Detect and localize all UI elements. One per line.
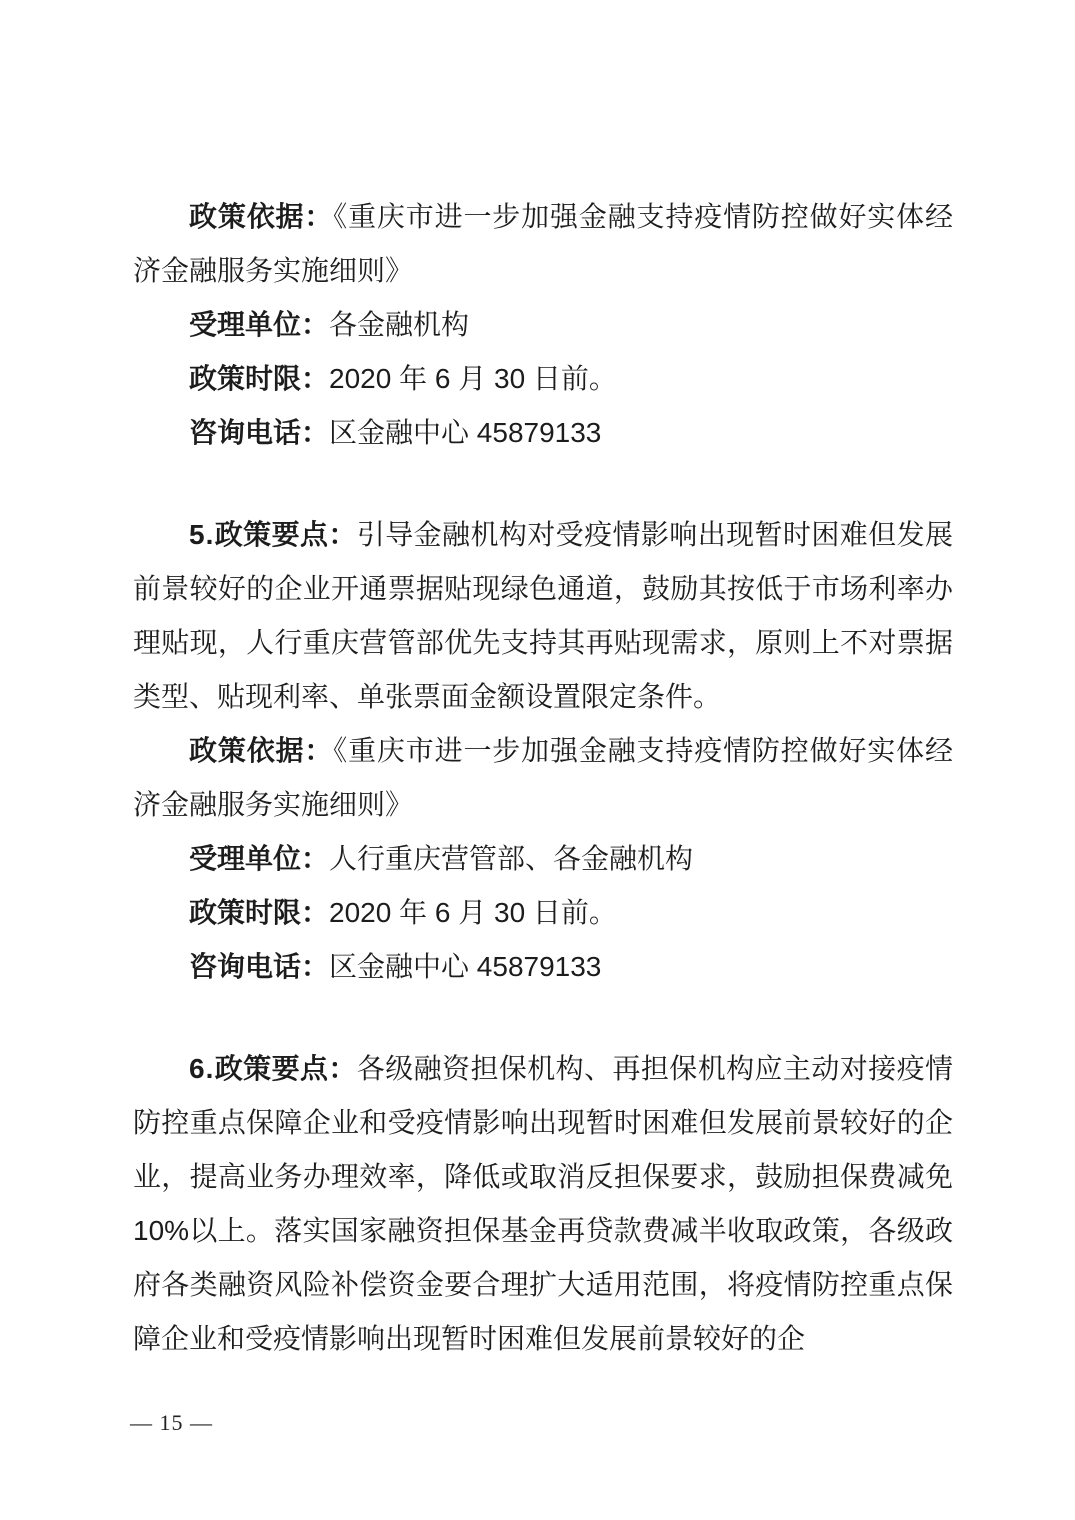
policy-basis-label: 政策依据：: [189, 735, 333, 766]
policy-deadline-text: 2020 年 6 月 30 日前。: [329, 897, 617, 928]
policy-point-5-paragraph: 5.政策要点：引导金融机构对受疫情影响出现暂时困难但发展前景较好的企业开通票据贴…: [133, 508, 953, 724]
document-page: 政策依据：《重庆市进一步加强金融支持疫情防控做好实体经济金融服务实施细则》 受理…: [0, 0, 1075, 1520]
page-number: — 15 —: [130, 1410, 213, 1435]
policy-item-6-section: 6.政策要点：各级融资担保机构、再担保机构应主动对接疫情防控重点保障企业和受疫情…: [133, 1042, 953, 1366]
consult-phone-text: 区金融中心 45879133: [329, 951, 601, 982]
policy-deadline-paragraph: 政策时限：2020 年 6 月 30 日前。: [133, 886, 953, 940]
consult-phone-text: 区金融中心 45879133: [329, 417, 601, 448]
policy-point-5-label: 政策要点：: [214, 519, 356, 550]
policy-deadline-text: 2020 年 6 月 30 日前。: [329, 363, 617, 394]
accepting-unit-text: 各金融机构: [329, 309, 469, 340]
accepting-unit-label: 受理单位：: [189, 309, 329, 340]
consult-phone-paragraph: 咨询电话：区金融中心 45879133: [133, 940, 953, 994]
policy-deadline-label: 政策时限：: [189, 363, 329, 394]
policy-item-4-details-section: 政策依据：《重庆市进一步加强金融支持疫情防控做好实体经济金融服务实施细则》 受理…: [133, 190, 953, 460]
accepting-unit-paragraph: 受理单位：人行重庆营管部、各金融机构: [133, 832, 953, 886]
policy-deadline-paragraph: 政策时限：2020 年 6 月 30 日前。: [133, 352, 953, 406]
document-body: 政策依据：《重庆市进一步加强金融支持疫情防控做好实体经济金融服务实施细则》 受理…: [133, 190, 953, 1366]
policy-basis-paragraph: 政策依据：《重庆市进一步加强金融支持疫情防控做好实体经济金融服务实施细则》: [133, 190, 953, 298]
consult-phone-label: 咨询电话：: [189, 951, 329, 982]
page-footer: — 15 —: [130, 1408, 213, 1438]
policy-basis-label: 政策依据：: [189, 201, 333, 232]
policy-point-6-paragraph: 6.政策要点：各级融资担保机构、再担保机构应主动对接疫情防控重点保障企业和受疫情…: [133, 1042, 953, 1366]
policy-point-5-number: 5.: [189, 519, 214, 550]
accepting-unit-text: 人行重庆营管部、各金融机构: [329, 843, 693, 874]
accepting-unit-paragraph: 受理单位：各金融机构: [133, 298, 953, 352]
consult-phone-paragraph: 咨询电话：区金融中心 45879133: [133, 406, 953, 460]
policy-point-6-text: 各级融资担保机构、再担保机构应主动对接疫情防控重点保障企业和受疫情影响出现暂时困…: [133, 1053, 953, 1354]
policy-point-6-label: 政策要点：: [214, 1053, 356, 1084]
policy-item-5-section: 5.政策要点：引导金融机构对受疫情影响出现暂时困难但发展前景较好的企业开通票据贴…: [133, 508, 953, 994]
policy-basis-paragraph: 政策依据：《重庆市进一步加强金融支持疫情防控做好实体经济金融服务实施细则》: [133, 724, 953, 832]
policy-point-6-number: 6.: [189, 1053, 214, 1084]
consult-phone-label: 咨询电话：: [189, 417, 329, 448]
accepting-unit-label: 受理单位：: [189, 843, 329, 874]
policy-deadline-label: 政策时限：: [189, 897, 329, 928]
